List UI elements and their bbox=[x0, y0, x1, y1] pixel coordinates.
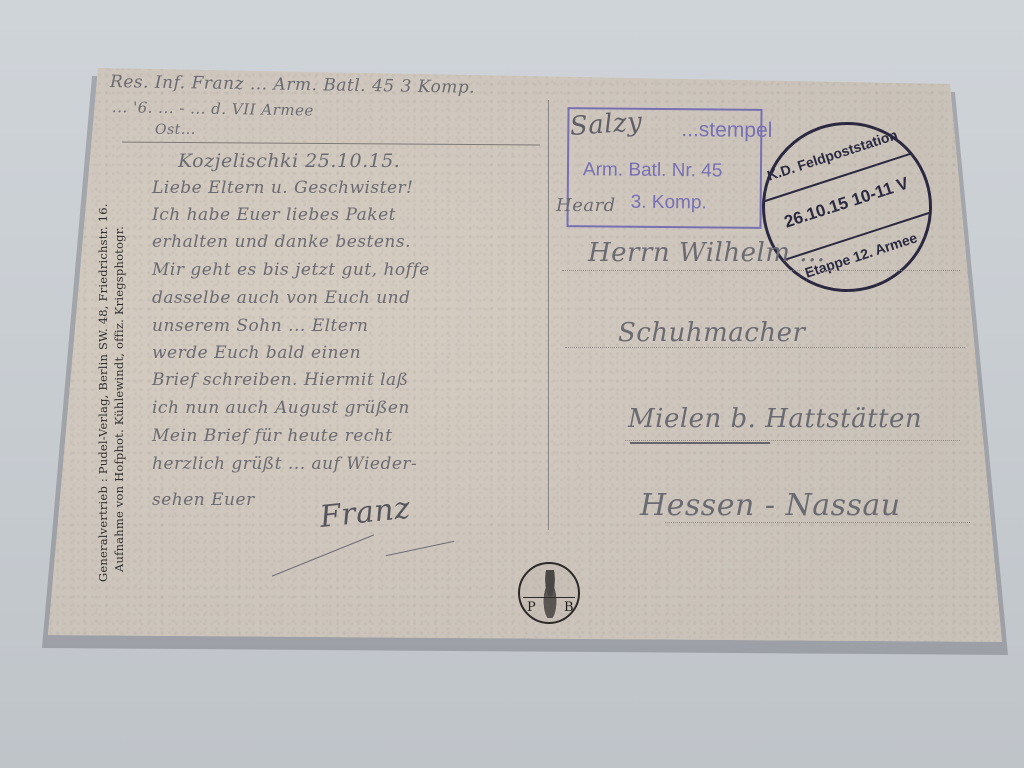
address-line-1: Herrn Wilhelm ... bbox=[588, 238, 826, 268]
poodle-icon bbox=[539, 570, 561, 618]
message-line: herzlich grüßt ... auf Wieder- bbox=[152, 454, 417, 474]
postmark-bar-bottom bbox=[782, 211, 931, 261]
postmark-bottom-text: Etappe 12. Armee bbox=[803, 229, 919, 280]
censor-mark: Heard bbox=[556, 195, 616, 216]
signature-flourish bbox=[386, 541, 455, 557]
message-line: unserem Sohn ... Eltern bbox=[152, 316, 369, 336]
logo-letter-p: P bbox=[527, 600, 536, 615]
regiment-stamp-line-3: 3. Komp. bbox=[631, 192, 707, 215]
address-rule bbox=[665, 522, 970, 523]
sender-line-1: Res. Inf. Franz ... Arm. Batl. 45 3 Komp… bbox=[110, 72, 475, 98]
postmark: K.D. Feldpoststation 26.10.15 10-11 V Et… bbox=[740, 100, 954, 314]
message-line: Brief schreiben. Hiermit laß bbox=[152, 370, 409, 390]
address-line-2: Schuhmacher bbox=[618, 318, 805, 348]
signature-flourish bbox=[272, 534, 374, 576]
logo-letter-b: B bbox=[564, 600, 574, 615]
message-line: erhalten und danke bestens. bbox=[152, 232, 411, 252]
regiment-stamp-line-1: ...stempel bbox=[681, 118, 772, 143]
regiment-stamp: ...stempel Arm. Batl. Nr. 45 3. Komp. bbox=[566, 107, 762, 229]
address-line-4: Hessen - Nassau bbox=[640, 488, 901, 523]
center-divider bbox=[548, 100, 549, 530]
message-line: ich nun auch August grüßen bbox=[152, 398, 410, 418]
message-line: Liebe Eltern u. Geschwister! bbox=[152, 178, 414, 198]
signature: Franz bbox=[318, 491, 412, 535]
publisher-imprint-line-2: Aufnahme von Hofphot. Kühlewindt, offiz.… bbox=[112, 226, 126, 572]
publisher-logo: P B bbox=[518, 562, 580, 624]
address-underline bbox=[630, 442, 770, 444]
message-line: Mein Brief für heute recht bbox=[152, 426, 393, 446]
message-line: sehen Euer bbox=[152, 490, 255, 510]
message-line: Mir geht es bis jetzt gut, hoffe bbox=[152, 260, 430, 280]
censor-signature: Salzy bbox=[569, 107, 643, 142]
message-line: dasselbe auch von Euch und bbox=[152, 288, 410, 308]
sender-line-2: ... '6. ... - ... d. VII Armee bbox=[112, 98, 314, 120]
address-line-3: Mielen b. Hattstätten bbox=[628, 404, 922, 434]
address-rule bbox=[625, 440, 960, 441]
publisher-imprint-line-1: Generalvertrieb : Pudel-Verlag, Berlin S… bbox=[96, 203, 110, 582]
postmark-bar-top bbox=[763, 152, 912, 202]
address-rule bbox=[565, 347, 965, 348]
regiment-stamp-line-2: Arm. Batl. Nr. 45 bbox=[583, 159, 723, 182]
postmark-top-text: K.D. Feldpoststation bbox=[765, 126, 899, 183]
message-place-date: Kozjelischki 25.10.15. bbox=[178, 150, 400, 172]
postmark-date: 26.10.15 10-11 V bbox=[782, 173, 911, 232]
message-line: Ich habe Euer liebes Paket bbox=[152, 205, 396, 225]
logo-bar bbox=[523, 597, 575, 598]
message-line: werde Euch bald einen bbox=[152, 343, 361, 363]
address-rule bbox=[562, 270, 960, 271]
sender-line-3: Ost... bbox=[155, 122, 196, 138]
sender-divider bbox=[122, 142, 540, 146]
